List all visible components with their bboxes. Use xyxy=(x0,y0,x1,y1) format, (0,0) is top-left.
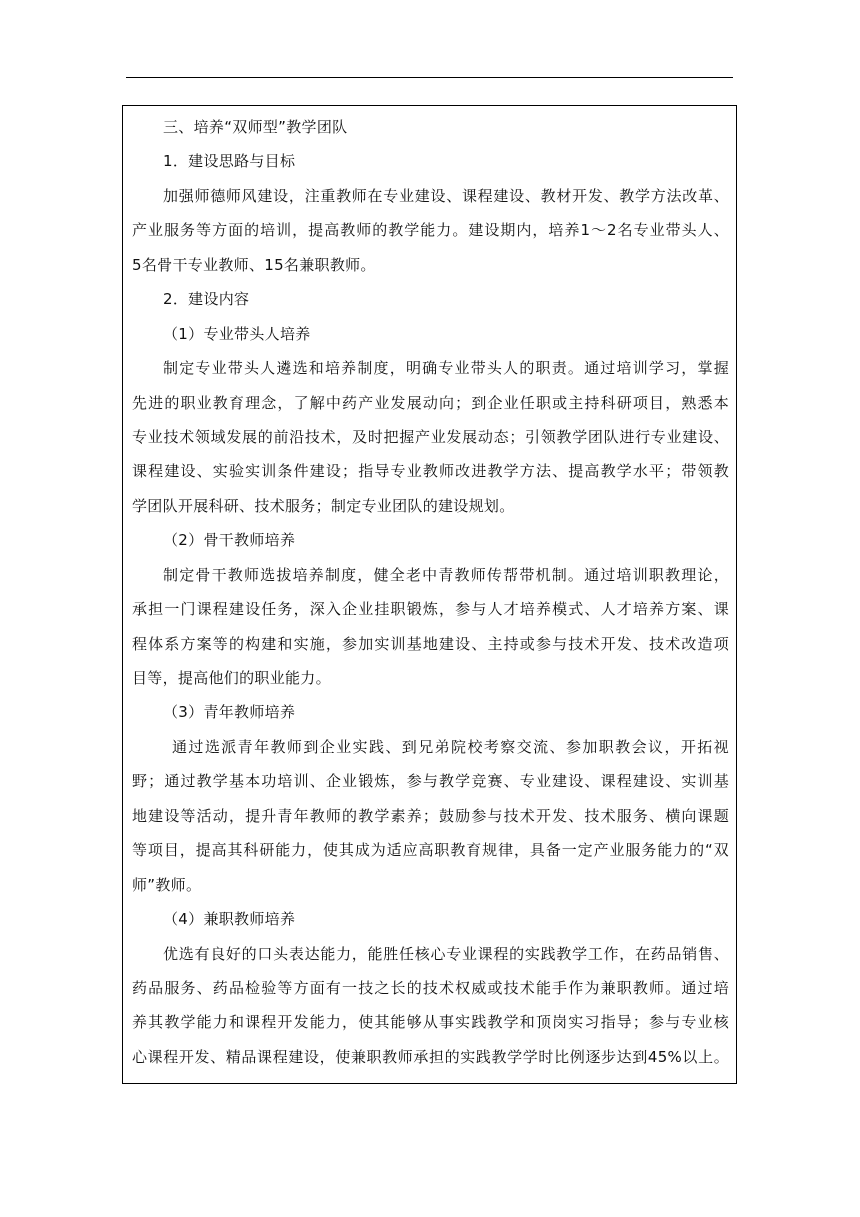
document-body: 三、培养“双师型”教学团队 1．建设思路与目标 加强师德师风建设，注重教师在专业… xyxy=(132,115,732,1079)
paragraph-line: 目等，提高他们的职业能力。 xyxy=(132,666,732,700)
paragraph-line: 药品服务、药品检验等方面有一技之长的技术权威或技术能手作为兼职教师。通过培 xyxy=(132,976,729,1010)
section-heading: 三、培养“双师型”教学团队 xyxy=(132,115,732,149)
paragraph-line: 制定专业带头人遴选和培养制度，明确专业带头人的职责。通过培训学习，掌握 xyxy=(132,356,729,390)
subheading-content: 2．建设内容 xyxy=(132,287,732,321)
item-heading-leader: （1）专业带头人培养 xyxy=(132,322,732,356)
content-table-cell: 三、培养“双师型”教学团队 1．建设思路与目标 加强师德师风建设，注重教师在专业… xyxy=(122,105,737,1084)
paragraph-line: 学团队开展科研、技术服务；制定专业团队的建设规划。 xyxy=(132,494,732,528)
paragraph-line: 程体系方案等的构建和实施，参加实训基地建设、主持或参与技术开发、技术改造项 xyxy=(132,632,729,666)
paragraph-line: 野；通过教学基本功培训、企业锻炼，参与教学竞赛、专业建设、课程建设、实训基 xyxy=(132,769,729,803)
paragraph-line: 课程建设、实验实训条件建设；指导专业教师改进教学方法、提高教学水平；带领教 xyxy=(132,459,729,493)
subheading-goals: 1．建设思路与目标 xyxy=(132,149,732,183)
item-heading-young: （3）青年教师培养 xyxy=(132,700,732,734)
paragraph-line: 心课程开发、精品课程建设，使兼职教师承担的实践教学学时比例逐步达到45%以上。 xyxy=(132,1045,729,1079)
paragraph-line: 养其教学能力和课程开发能力，使其能够从事实践教学和顶岗实习指导；参与专业核 xyxy=(132,1010,729,1044)
paragraph-line: 产业服务等方面的培训，提高教师的教学能力。建设期内，培养1～2名专业带头人、 xyxy=(132,218,729,252)
item-heading-backbone: （2）骨干教师培养 xyxy=(132,528,732,562)
paragraph-line: 师”教师。 xyxy=(132,873,732,907)
paragraph-line: 制定骨干教师选拔培养制度，健全老中青教师传帮带机制。通过培训职教理论， xyxy=(132,563,729,597)
paragraph-line: 地建设等活动，提升青年教师的教学素养；鼓励参与技术开发、技术服务、横向课题 xyxy=(132,804,729,838)
paragraph-line: 加强师德师风建设，注重教师在专业建设、课程建设、教材开发、教学方法改革、 xyxy=(132,184,729,218)
header-rule xyxy=(126,77,733,78)
paragraph-line: 专业技术领域发展的前沿技术，及时把握产业发展动态；引领教学团队进行专业建设、 xyxy=(132,425,729,459)
item-heading-parttime: （4）兼职教师培养 xyxy=(132,907,732,941)
paragraph-line: 先进的职业教育理念，了解中药产业发展动向；到企业任职或主持科研项目，熟悉本 xyxy=(132,391,729,425)
paragraph-line: 承担一门课程建设任务，深入企业挂职锻炼，参与人才培养模式、人才培养方案、课 xyxy=(132,597,729,631)
paragraph-line: 优选有良好的口头表达能力，能胜任核心专业课程的实践教学工作，在药品销售、 xyxy=(132,942,729,976)
paragraph-line: 通过选派青年教师到企业实践、到兄弟院校考察交流、参加职教会议，开拓视 xyxy=(132,735,729,769)
paragraph-line: 5名骨干专业教师、15名兼职教师。 xyxy=(132,253,732,287)
paragraph-line: 等项目，提高其科研能力，使其成为适应高职教育规律，具备一定产业服务能力的“双 xyxy=(132,838,729,872)
